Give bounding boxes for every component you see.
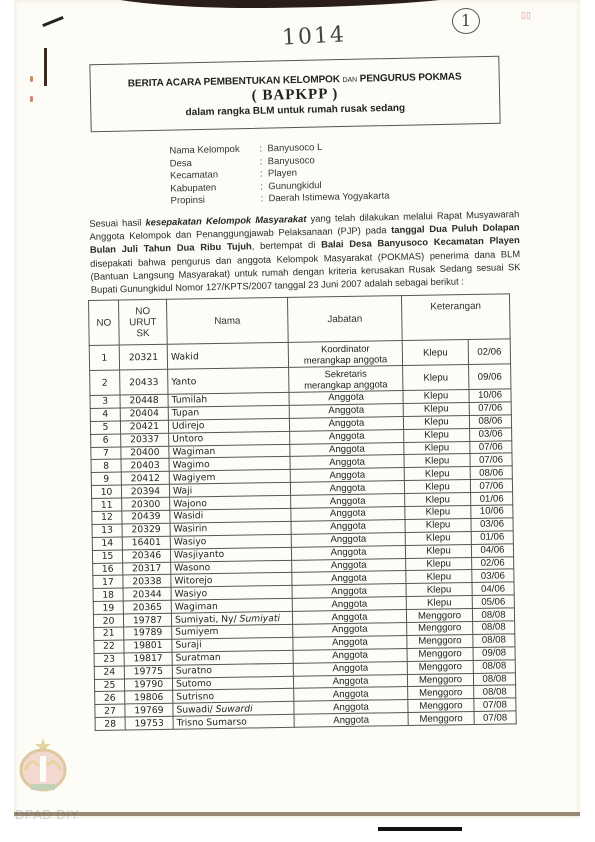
- cell-kode: 07/06: [470, 440, 512, 454]
- yogyakarta-seal-icon: [17, 736, 69, 794]
- info-separator: :: [259, 143, 267, 156]
- info-separator: :: [260, 193, 268, 206]
- cell-kode: 03/06: [470, 428, 512, 442]
- cell-no-urut: 20321: [119, 344, 167, 370]
- cell-no: 27: [95, 704, 125, 717]
- cell-no: 9: [91, 472, 121, 485]
- cell-no-urut: 20412: [121, 472, 169, 486]
- cell-lokasi: Klepu: [404, 467, 470, 481]
- cell-kode: 08/08: [473, 672, 515, 686]
- cell-kode: 07/06: [469, 402, 511, 416]
- cell-lokasi: Klepu: [406, 596, 472, 610]
- cell-no: 13: [92, 524, 122, 537]
- cell-lokasi: Klepu: [406, 583, 472, 597]
- cell-lokasi: Klepu: [403, 390, 469, 404]
- cell-no: 21: [94, 627, 124, 640]
- cell-lokasi: Klepu: [405, 544, 471, 558]
- cell-no-urut: 19789: [124, 626, 172, 640]
- cell-lokasi: Klepu: [404, 428, 470, 442]
- scan-bar: [378, 827, 462, 831]
- cell-kode: 07/06: [470, 479, 512, 493]
- cell-kode: 08/08: [472, 608, 514, 622]
- cell-no: 7: [91, 447, 121, 460]
- cell-kode: 01/06: [471, 492, 513, 506]
- stain-mark: [30, 96, 33, 102]
- cell-no-urut: 20346: [122, 549, 170, 563]
- cell-lokasi: Klepu: [404, 454, 470, 468]
- cell-kode: 08/06: [470, 466, 512, 480]
- cell-no: 8: [91, 459, 121, 472]
- cell-kode: 07/08: [474, 711, 516, 725]
- cell-lokasi: Menggoro: [407, 647, 473, 661]
- cell-lokasi: Menggoro: [408, 699, 474, 713]
- cell-lokasi: Menggoro: [408, 686, 474, 700]
- cell-no-urut: 20337: [121, 433, 169, 447]
- cell-lokasi: Klepu: [404, 480, 470, 494]
- cell-lokasi: Klepu: [406, 557, 472, 571]
- cell-no: 11: [92, 498, 122, 511]
- cell-kode: 10/06: [471, 505, 513, 519]
- cell-no-urut: 19817: [124, 652, 172, 666]
- cell-no: 17: [93, 575, 123, 588]
- cell-no: 4: [90, 408, 120, 421]
- cell-jabatan: Koordinatormerangkap anggota: [288, 341, 402, 368]
- cell-lokasi: Menggoro: [406, 609, 472, 623]
- cell-no-urut: 19769: [125, 704, 173, 718]
- cell-kode: 04/06: [471, 544, 513, 558]
- handwritten-archive-number: 1014: [281, 22, 346, 50]
- cell-no-urut: 20338: [123, 575, 171, 589]
- cell-lokasi: Klepu: [405, 493, 471, 507]
- cell-kode: 03/06: [472, 569, 514, 583]
- title-box: BERITA ACARA PEMBENTUKAN KELOMPOK DAN PE…: [89, 56, 500, 133]
- cell-no: 2: [90, 370, 120, 395]
- cell-lokasi: Menggoro: [407, 660, 473, 674]
- cell-jabatan: Anggota: [294, 713, 408, 728]
- info-value: Banyusoco: [268, 155, 315, 169]
- cell-lokasi: Klepu: [403, 365, 469, 391]
- group-info: Nama Kelompok:Banyusoco LDesa:BanyusocoK…: [169, 141, 389, 208]
- cell-no-urut: 20433: [120, 369, 168, 395]
- page-number-circled: 1: [452, 8, 480, 34]
- cell-lokasi: Menggoro: [407, 673, 473, 687]
- cell-no-urut: 20394: [121, 484, 169, 498]
- cell-no-urut: 20300: [122, 497, 170, 511]
- cell-no-urut: 19806: [125, 691, 173, 705]
- corner-mark: ▯▯: [521, 10, 531, 21]
- cell-jabatan: Sekretarismerangkap anggota: [289, 366, 403, 393]
- cell-no-urut: 20317: [123, 562, 171, 576]
- header-no-urut-sk: NOURUTSK: [119, 299, 168, 345]
- cell-kode: 05/06: [472, 595, 514, 609]
- cell-nama: Yanto: [168, 367, 289, 394]
- cell-no: 16: [93, 563, 123, 576]
- cell-no-urut: 19775: [124, 665, 172, 679]
- header-nama: Nama: [166, 297, 288, 344]
- cell-no-urut: 20365: [123, 600, 171, 614]
- cell-no-urut: 20400: [121, 446, 169, 460]
- cell-no: 18: [93, 588, 123, 601]
- info-separator: :: [260, 181, 268, 194]
- cell-no: 1: [89, 345, 119, 370]
- cell-no: 14: [92, 537, 122, 550]
- cell-kode: 10/06: [469, 389, 511, 403]
- cell-kode: 07/06: [470, 453, 512, 467]
- stain-mark: [30, 76, 33, 82]
- cell-no-urut: 20439: [122, 510, 170, 524]
- cell-no-urut: 20404: [120, 407, 168, 421]
- cell-kode: 08/08: [473, 660, 515, 674]
- cell-lokasi: Klepu: [405, 518, 471, 532]
- member-table-wrap: NO NOURUTSK Nama Jabatan Keterangan 1203…: [88, 293, 517, 731]
- cell-lokasi: Klepu: [405, 506, 471, 520]
- cell-kode: 04/06: [472, 582, 514, 596]
- header-jabatan: Jabatan: [287, 296, 402, 343]
- cell-nama: Wakid: [167, 342, 288, 369]
- cell-no: 26: [95, 691, 125, 704]
- cell-kode: 07/08: [474, 698, 516, 712]
- header-no: NO: [89, 300, 120, 345]
- cell-no: 22: [94, 640, 124, 653]
- info-value: Gunungkidul: [268, 180, 322, 194]
- cell-lokasi: Menggoro: [407, 622, 473, 636]
- cell-no: 25: [94, 679, 124, 692]
- cell-no: 23: [94, 653, 124, 666]
- cell-no-urut: 19753: [125, 716, 173, 730]
- cell-no: 19: [93, 601, 123, 614]
- cell-kode: 08/08: [473, 621, 515, 635]
- cell-lokasi: Menggoro: [407, 634, 473, 648]
- binder-mark: [44, 48, 47, 86]
- cell-no: 20: [93, 614, 123, 627]
- cell-kode: 02/06: [468, 339, 510, 365]
- cell-no-urut: 20344: [123, 588, 171, 602]
- cell-lokasi: Klepu: [403, 402, 469, 416]
- scan-edge-bottom: [14, 812, 580, 816]
- cell-no: 24: [94, 666, 124, 679]
- cell-no-urut: 16401: [122, 536, 170, 550]
- cell-no-urut: 20403: [121, 459, 169, 473]
- cell-no-urut: 20329: [122, 523, 170, 537]
- cell-kode: 09/06: [469, 364, 511, 390]
- cell-no: 5: [90, 421, 120, 434]
- cell-lokasi: Klepu: [405, 531, 471, 545]
- cell-kode: 08/08: [473, 634, 515, 648]
- cell-no: 6: [91, 434, 121, 447]
- info-separator: :: [260, 168, 268, 181]
- cell-kode: 08/06: [469, 415, 511, 429]
- cell-no-urut: 20421: [120, 420, 168, 434]
- cell-lokasi: Klepu: [402, 340, 468, 366]
- cell-kode: 09/08: [473, 647, 515, 661]
- cell-kode: 02/06: [472, 556, 514, 570]
- cell-kode: 03/06: [471, 518, 513, 532]
- cell-no: 3: [90, 395, 120, 408]
- cell-kode: 01/06: [471, 531, 513, 545]
- cell-no-urut: 20448: [120, 394, 168, 408]
- info-value: Playen: [268, 168, 297, 181]
- cell-no: 15: [92, 550, 122, 563]
- info-label: Propinsi: [170, 193, 260, 208]
- cell-no-urut: 19801: [124, 639, 172, 653]
- cell-lokasi: Klepu: [403, 415, 469, 429]
- cell-no: 10: [91, 485, 121, 498]
- header-keterangan: Keterangan: [401, 294, 510, 341]
- cell-lokasi: Klepu: [404, 441, 470, 455]
- info-separator: :: [260, 156, 268, 169]
- cell-lokasi: Menggoro: [408, 712, 474, 726]
- cell-kode: 08/08: [474, 685, 516, 699]
- member-table: NO NOURUTSK Nama Jabatan Keterangan 1203…: [88, 293, 517, 731]
- intro-paragraph: Sesuai hasil kesepakatan Kelompok Masyar…: [89, 207, 521, 296]
- cell-no-urut: 19790: [124, 678, 172, 692]
- cell-no: 28: [95, 717, 125, 730]
- cell-no-urut: 19787: [123, 613, 171, 627]
- cell-nama: Trisno Sumarso: [173, 715, 294, 730]
- cell-no: 12: [92, 511, 122, 524]
- cell-lokasi: Klepu: [406, 570, 472, 584]
